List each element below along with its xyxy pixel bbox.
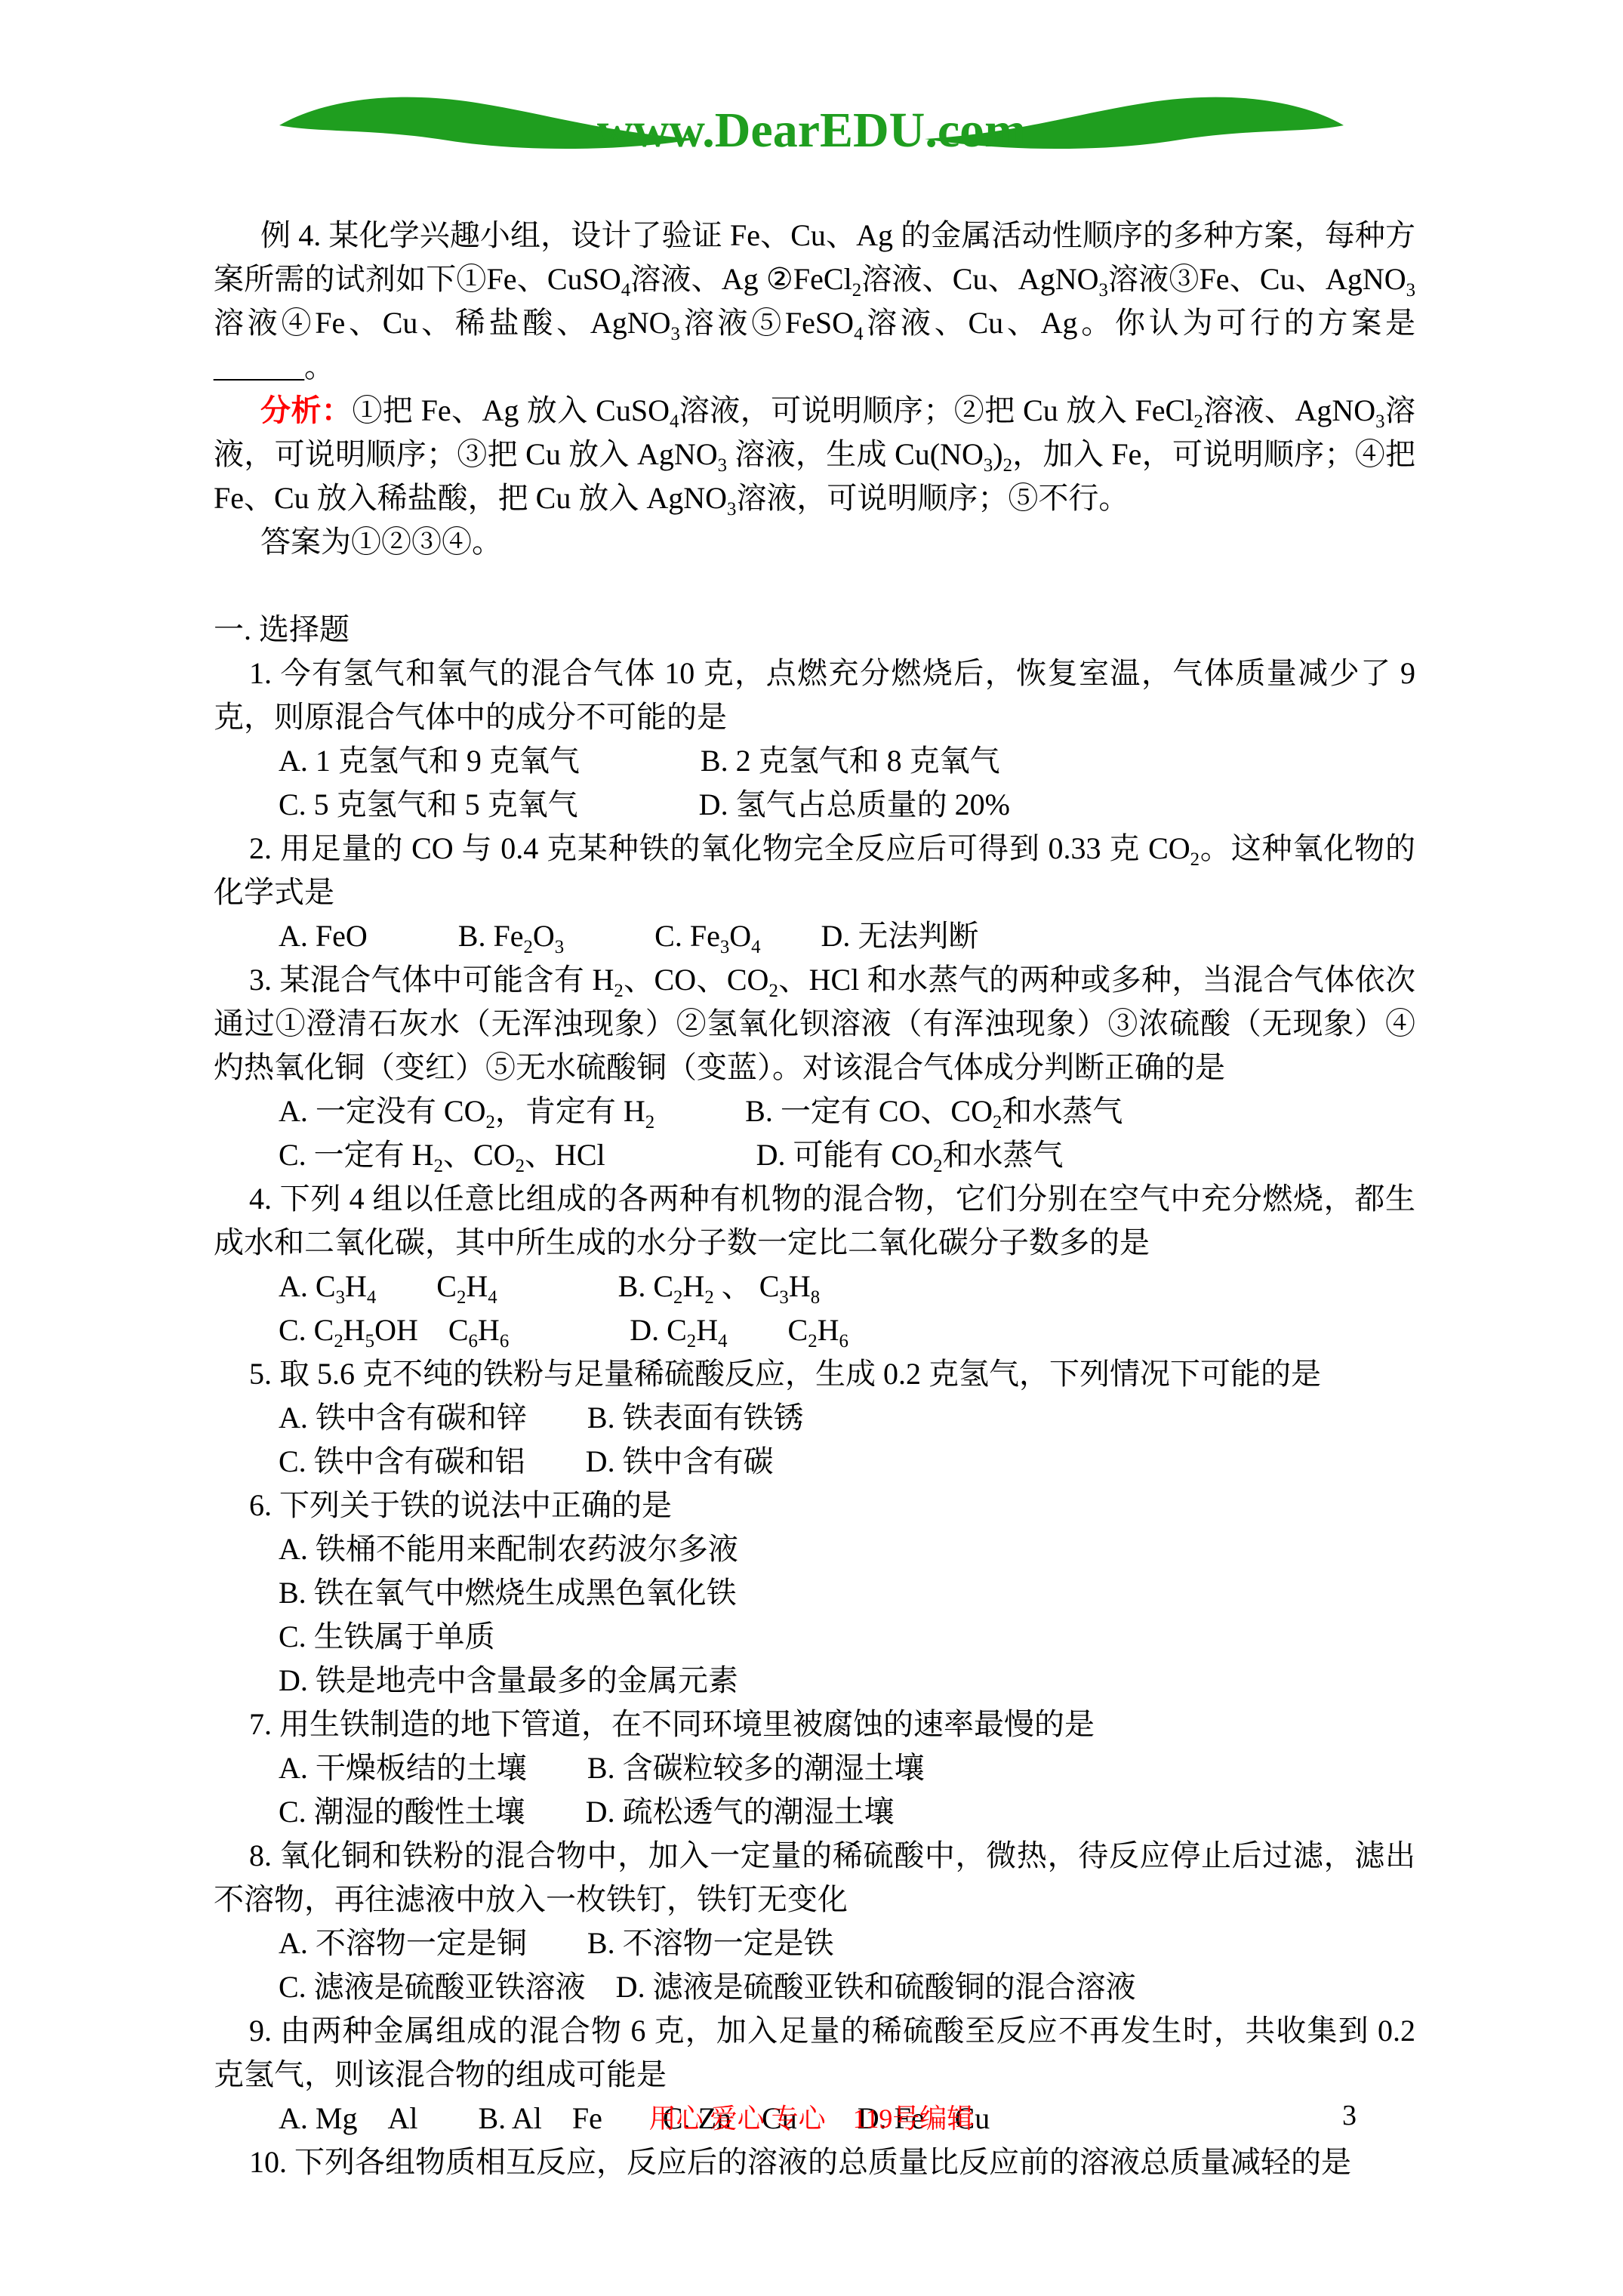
section-title: 一. 选择题 [214, 608, 1415, 652]
question-options: A. 1 克氢气和 9 克氧气 B. 2 克氢气和 8 克氧气C. 5 克氢气和… [214, 739, 1415, 827]
option-line: A. 不溶物一定是铜 B. 不溶物一定是铁 [279, 1922, 1415, 1965]
question-options: A. FeO B. Fe2O3 C. Fe3O4 D. 无法判断 [214, 914, 1415, 958]
question-options: A. 铁桶不能用来配制农药波尔多液B. 铁在氧气中燃烧生成黑色氧化铁C. 生铁属… [214, 1527, 1415, 1703]
question-stem: 7. 用生铁制造的地下管道，在不同环境里被腐蚀的速率最慢的是 [214, 1703, 1415, 1746]
analysis-text: ①把 Fe、Ag 放入 CuSO4溶液，可说明顺序；②把 Cu 放入 FeCl2… [214, 393, 1423, 515]
question: 2. 用足量的 CO 与 0.4 克某种铁的氧化物完全反应后可得到 0.33 克… [214, 827, 1415, 958]
option-line: C. 5 克氢气和 5 克氧气 D. 氢气占总质量的 20% [279, 783, 1415, 827]
option-line: A. 铁中含有碳和锌 B. 铁表面有铁锈 [279, 1396, 1415, 1440]
logo-graphic: www.DearEDU.com [276, 85, 1347, 169]
question-stem: 1. 今有氢气和氧气的混合气体 10 克，点燃充分燃烧后，恢复室温，气体质量减少… [214, 652, 1415, 739]
question: 6. 下列关于铁的说法中正确的是 A. 铁桶不能用来配制农药波尔多液B. 铁在氧… [214, 1484, 1415, 1703]
option-line: A. FeO B. Fe2O3 C. Fe3O4 D. 无法判断 [279, 914, 1415, 958]
option-line: C. C2H5OH C6H6 D. C2H4 C2H6 [279, 1308, 1415, 1352]
analysis-label: 分析： [260, 393, 352, 427]
option-line: A. 干燥板结的土壤 B. 含碳粒较多的潮湿土壤 [279, 1746, 1415, 1790]
option-line: C. 潮湿的酸性土壤 D. 疏松透气的潮湿土壤 [279, 1790, 1415, 1834]
question: 5. 取 5.6 克不纯的铁粉与足量稀硫酸反应，生成 0.2 克氢气，下列情况下… [214, 1352, 1415, 1484]
question-stem: 6. 下列关于铁的说法中正确的是 [214, 1484, 1415, 1527]
analysis-paragraph: 分析：①把 Fe、Ag 放入 CuSO4溶液，可说明顺序；②把 Cu 放入 Fe… [214, 389, 1415, 520]
questions: 1. 今有氢气和氧气的混合气体 10 克，点燃充分燃烧后，恢复室温，气体质量减少… [214, 652, 1415, 2184]
document-body: 例 4. 某化学兴趣小组，设计了验证 Fe、Cu、Ag 的金属活动性顺序的多种方… [214, 214, 1415, 2184]
question: 4. 下列 4 组以任意比组成的各两种有机物的混合物，它们分别在空气中充分燃烧，… [214, 1177, 1415, 1352]
question-stem: 4. 下列 4 组以任意比组成的各两种有机物的混合物，它们分别在空气中充分燃烧，… [214, 1177, 1415, 1265]
footer-slogan: 用心 爱心 专心 119号编辑 [0, 2102, 1623, 2135]
question-stem: 9. 由两种金属组成的混合物 6 克，加入足量的稀硫酸至反应不再发生时，共收集到… [214, 2009, 1415, 2097]
option-line: A. C3H4 C2H4 B. C2H2 、 C3H8 [279, 1265, 1415, 1308]
answer-line: 答案为①②③④。 [214, 520, 1415, 564]
option-line: A. 一定没有 CO2，肯定有 H2 B. 一定有 CO、CO2和水蒸气 [279, 1089, 1415, 1133]
option-line: C. 铁中含有碳和铝 D. 铁中含有碳 [279, 1440, 1415, 1484]
question: 7. 用生铁制造的地下管道，在不同环境里被腐蚀的速率最慢的是 A. 干燥板结的土… [214, 1703, 1415, 1834]
question-stem: 2. 用足量的 CO 与 0.4 克某种铁的氧化物完全反应后可得到 0.33 克… [214, 827, 1415, 914]
logo-text: www.DearEDU.com [597, 103, 1026, 158]
document-page: www.DearEDU.com 例 4. 某化学兴趣小组，设计了验证 Fe、Cu… [0, 0, 1623, 2296]
question-options: A. C3H4 C2H4 B. C2H2 、 C3H8C. C2H5OH C6H… [214, 1265, 1415, 1352]
option-line: B. 铁在氧气中燃烧生成黑色氧化铁 [279, 1571, 1415, 1615]
question-stem: 3. 某混合气体中可能含有 H2、CO、CO2、HCl 和水蒸气的两种或多种，当… [214, 958, 1415, 1089]
blank-line [214, 564, 1415, 608]
option-line: C. 一定有 H2、CO2、HCl D. 可能有 CO2和水蒸气 [279, 1133, 1415, 1177]
question-options: A. 不溶物一定是铜 B. 不溶物一定是铁C. 滤液是硫酸亚铁溶液 D. 滤液是… [214, 1922, 1415, 2009]
page-number: 3 [1342, 2099, 1357, 2132]
option-line: C. 生铁属于单质 [279, 1615, 1415, 1659]
question: 8. 氧化铜和铁粉的混合物中，加入一定量的稀硫酸中，微热，待反应停止后过滤，滤出… [214, 1834, 1415, 2009]
question-options: A. 干燥板结的土壤 B. 含碳粒较多的潮湿土壤C. 潮湿的酸性土壤 D. 疏松… [214, 1746, 1415, 1834]
option-line: A. 1 克氢气和 9 克氧气 B. 2 克氢气和 8 克氧气 [279, 739, 1415, 783]
question: 1. 今有氢气和氧气的混合气体 10 克，点燃充分燃烧后，恢复室温，气体质量减少… [214, 652, 1415, 827]
dearedu-logo: www.DearEDU.com [276, 85, 1347, 169]
question-stem: 5. 取 5.6 克不纯的铁粉与足量稀硫酸反应，生成 0.2 克氢气，下列情况下… [214, 1352, 1415, 1396]
question-stem: 8. 氧化铜和铁粉的混合物中，加入一定量的稀硫酸中，微热，待反应停止后过滤，滤出… [214, 1834, 1415, 1922]
question-options: A. 铁中含有碳和锌 B. 铁表面有铁锈C. 铁中含有碳和铝 D. 铁中含有碳 [214, 1396, 1415, 1484]
question-stem: 10. 下列各组物质相互反应，反应后的溶液的总质量比反应前的溶液总质量减轻的是 [214, 2140, 1415, 2184]
question: 3. 某混合气体中可能含有 H2、CO、CO2、HCl 和水蒸气的两种或多种，当… [214, 958, 1415, 1177]
question: 10. 下列各组物质相互反应，反应后的溶液的总质量比反应前的溶液总质量减轻的是 [214, 2140, 1415, 2184]
question-options: A. 一定没有 CO2，肯定有 H2 B. 一定有 CO、CO2和水蒸气C. 一… [214, 1089, 1415, 1177]
option-line: C. 滤液是硫酸亚铁溶液 D. 滤液是硫酸亚铁和硫酸铜的混合溶液 [279, 1965, 1415, 2009]
option-line: D. 铁是地壳中含量最多的金属元素 [279, 1659, 1415, 1703]
option-line: A. 铁桶不能用来配制农药波尔多液 [279, 1527, 1415, 1571]
example-paragraph: 例 4. 某化学兴趣小组，设计了验证 Fe、Cu、Ag 的金属活动性顺序的多种方… [214, 214, 1415, 389]
